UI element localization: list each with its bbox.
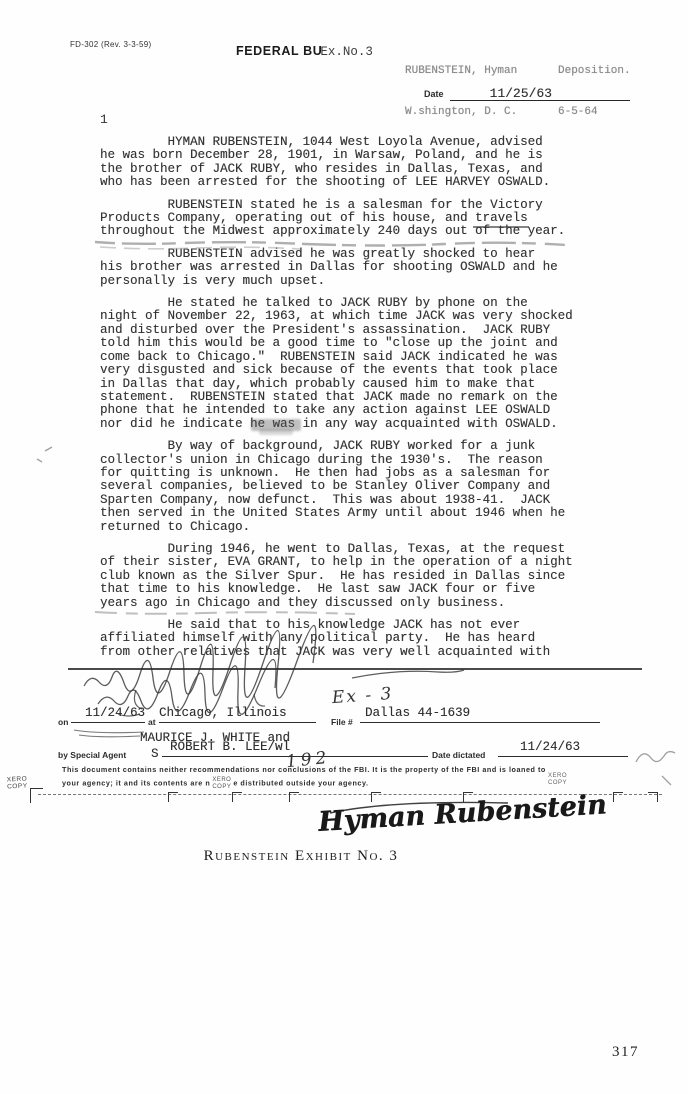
handwriting-scribble-1-tail [352,670,464,678]
paragraph-3: RUBENSTEIN advised he was greatly shocke… [100,248,620,288]
report-body: HYMAN RUBENSTEIN, 1044 West Loyola Avenu… [100,136,620,668]
date-label: Date [424,89,444,99]
page-number: 1 [100,112,108,127]
disclaimer-line-2-before: your agency; it and its contents are n [62,779,210,788]
paragraph-1: HYMAN RUBENSTEIN, 1044 West Loyola Avenu… [100,136,620,190]
bracket-mark [232,792,242,802]
date-row: Date11/25/63 [424,84,630,102]
exhibit-caption: Rubenstein Exhibit No. 3 [185,848,417,865]
paragraph-6: During 1946, he went to Dallas, Texas, a… [100,543,620,610]
date-dictated-underline: 11/24/63 [498,740,628,757]
ink-smudge-tail [259,429,293,435]
on-underline: 11/24/63 [71,706,145,723]
margin-marks [37,447,52,462]
footer-rule [68,668,642,670]
at-value: Chicago, Illinois [159,706,316,721]
form-number: FD-302 (Rev. 3-3-59) [70,40,151,49]
volume-page-number: 317 [612,1044,639,1061]
at-label: at [148,717,156,727]
pencil-swirl [636,752,675,785]
disclaimer-line-2-after: e distributed outside your agency. [233,779,368,788]
bracket-mark [168,792,178,802]
paragraph-4: He stated he talked to JACK RUBY by phon… [100,297,620,431]
exhibit-number-stamp: Ex.No.3 [320,45,373,59]
fd302-scanned-page: FD-302 (Rev. 3-3-59) FEDERAL BUEx.No.3 R… [0,0,688,1094]
on-label: on [58,717,68,727]
record-type: Deposition. [558,65,631,79]
date-value: 11/25/63 [450,86,552,101]
bracket-mark [289,792,299,802]
date-underline: 11/25/63 [450,84,630,101]
subject-name: RUBENSTEIN, Hyman [405,65,517,79]
on-value: 11/24/63 [71,706,145,721]
on-date-hand-underline [74,730,144,737]
file-number-label: File # [331,717,353,727]
date-dictated-label: Date dictated [432,750,485,760]
by-special-agent-label: by Special Agent [58,750,126,760]
bracket-mark [613,792,623,802]
at-underline: Chicago, Illinois [159,706,316,723]
paragraph-7: He said that to his knowledge JACK has n… [100,619,620,659]
bracket-mark [648,792,658,802]
handwritten-exhibit-note: Ex - 3 [331,684,394,708]
disclaimer-line-2: your agency; it and its contents are n X… [62,775,369,788]
file-number-value: Dallas 44-1639 [360,706,600,721]
bracket-mark [30,788,43,803]
record-type-date: 6-5-64 [558,106,631,120]
xero-stamp-top: XERO [212,777,231,784]
subject-location: W.shington, D. C. [405,106,517,120]
masthead-wrap: FEDERAL BUEx.No.3 [236,42,373,60]
bracket-mark [371,792,381,802]
xero-stamp-bottom: COPY [212,784,231,791]
paragraph-5: By way of background, JACK RUBY worked f… [100,440,620,534]
xero-copy-stamp-left: XERO COPY [7,776,28,790]
paragraph-2: RUBENSTEIN stated he is a salesman for t… [100,199,620,239]
agent-plural-suffix: S [151,747,159,761]
disclaimer-line-1: This document contains neither recommend… [62,765,546,775]
file-number-underline: Dallas 44-1639 [360,706,600,723]
xero-stamp-bottom: COPY [548,780,567,787]
xero-copy-stamp-right: XERO COPY [548,773,567,786]
xero-stamp-top: XERO [548,773,567,780]
xero-stamp-bottom: COPY [7,783,28,791]
date-dictated-value: 11/24/63 [498,740,628,755]
xero-copy-stamp-mid: XERO COPY [212,777,231,790]
federal-bureau-masthead: FEDERAL BU [236,44,322,58]
